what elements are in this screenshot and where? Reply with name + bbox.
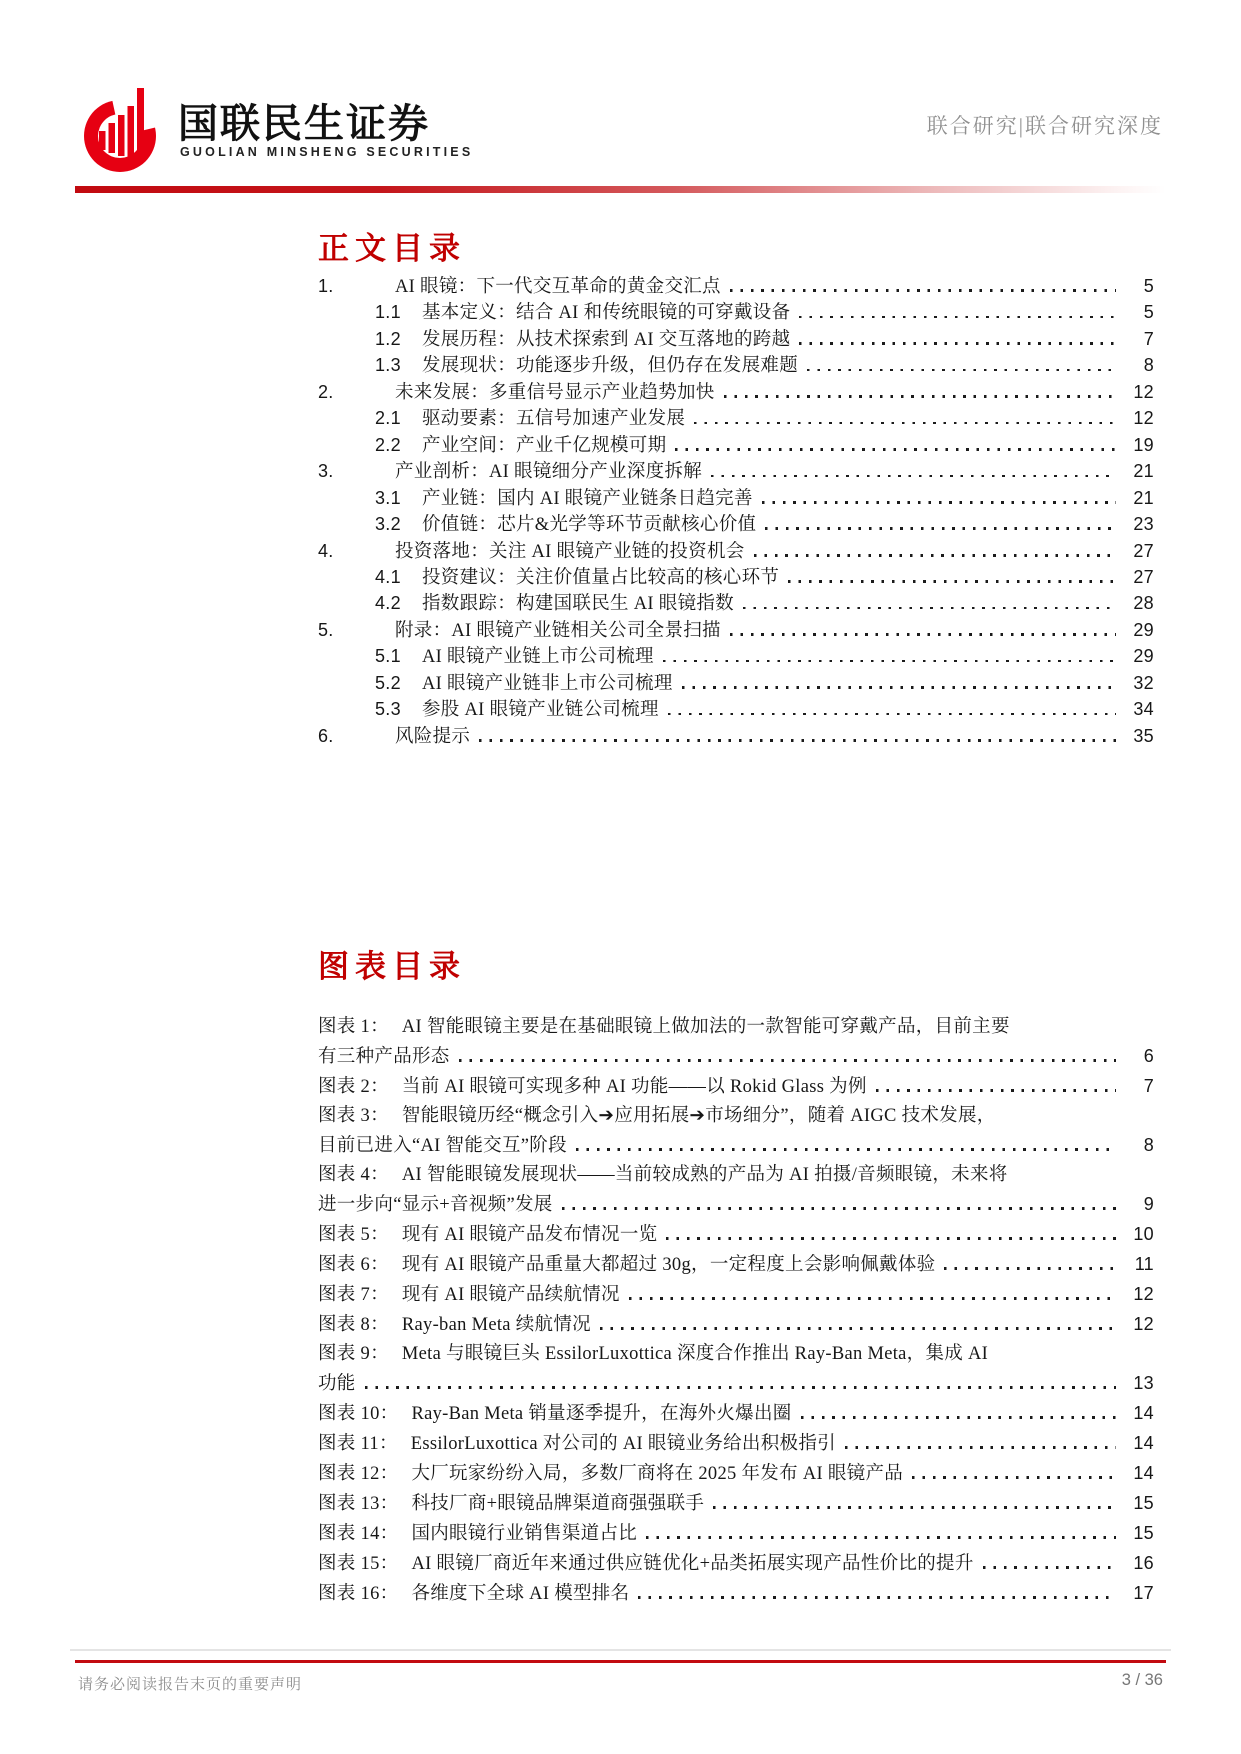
figure-entry-label: 图表 13： <box>318 1490 398 1519</box>
figure-entry-title: EssilorLuxottica 对公司的 AI 眼镜业务给出积极指引 <box>411 1430 836 1459</box>
toc-entry-page: 34 <box>1122 697 1154 722</box>
dot-leader-decoration <box>788 580 1116 583</box>
toc-entry[interactable]: 2.2产业空间：产业千亿规模可期19 <box>318 433 1154 459</box>
toc-entry-number: 5.1 <box>375 644 422 669</box>
toc-entry-number: 5. <box>318 618 395 643</box>
figure-entry-label: 图表 6： <box>318 1251 389 1280</box>
figure-entry-label: 图表 2： <box>318 1073 389 1102</box>
figure-entry-title: 科技厂商+眼镜品牌渠道商强强联手 <box>411 1490 704 1519</box>
toc-entry-page: 5 <box>1122 274 1154 299</box>
figure-entry-label: 图表 12： <box>318 1460 398 1489</box>
figure-entry-label: 图表 11： <box>318 1430 398 1459</box>
figure-entry-page: 6 <box>1122 1042 1154 1071</box>
figure-toc-entry[interactable]: 图表 3：智能眼镜历经“概念引入➔应用拓展➔市场细分”，随着 AIGC 技术发展… <box>318 1102 1154 1131</box>
dot-leader-decoration <box>646 1536 1116 1539</box>
toc-entry-title: 基本定义：结合 AI 和传统眼镜的可穿戴设备 <box>422 301 790 326</box>
figure-entry-title-continued: 目前已进入“AI 智能交互”阶段 <box>318 1132 567 1161</box>
toc-entry-number: 1.3 <box>375 353 422 378</box>
toc-entry[interactable]: 3.产业剖析：AI 眼镜细分产业深度拆解21 <box>318 459 1154 485</box>
figure-entry-page: 13 <box>1122 1369 1154 1398</box>
figure-entry-page: 15 <box>1122 1489 1154 1518</box>
figure-toc-entry[interactable]: 图表 7：现有 AI 眼镜产品续航情况12 <box>318 1280 1154 1310</box>
figure-entry-page: 14 <box>1122 1399 1154 1428</box>
figure-toc-entry-continuation[interactable]: 进一步向“显示+音视频”发展9 <box>318 1190 1154 1220</box>
figure-entry-label: 图表 15： <box>318 1550 398 1579</box>
dot-leader-decoration <box>730 633 1116 636</box>
dot-leader-decoration <box>694 422 1116 425</box>
figure-toc-entry[interactable]: 图表 9：Meta 与眼镜巨头 EssilorLuxottica 深度合作推出 … <box>318 1340 1154 1369</box>
dot-leader-decoration <box>675 448 1116 451</box>
figure-toc-title: 图表目录 <box>318 949 1154 1013</box>
toc-entry-title: 参股 AI 眼镜产业链公司梳理 <box>422 698 659 723</box>
figure-entry-label: 图表 14： <box>318 1520 398 1549</box>
toc-entry[interactable]: 6.风险提示35 <box>318 724 1154 750</box>
toc-entry-title: 指数跟踪：构建国联民生 AI 眼镜指数 <box>422 592 734 617</box>
figure-toc-entry[interactable]: 图表 12：大厂玩家纷纷入局，多数厂商将在 2025 年发布 AI 眼镜产品14 <box>318 1459 1154 1489</box>
figure-entry-page: 17 <box>1122 1579 1154 1608</box>
figure-entry-title-continued: 进一步向“显示+音视频”发展 <box>318 1191 553 1220</box>
dot-leader-decoration <box>459 1059 1116 1062</box>
toc-entry-title: AI 眼镜：下一代交互革命的黄金交汇点 <box>395 275 721 300</box>
dot-leader-decoration <box>807 369 1116 372</box>
toc-entry[interactable]: 3.1产业链：国内 AI 眼镜产业链条日趋完善21 <box>318 486 1154 512</box>
toc-entry-title: 发展历程：从技术探索到 AI 交互落地的跨越 <box>422 328 790 353</box>
footer-page-number: 3 / 36 <box>960 1671 1163 1690</box>
toc-entry[interactable]: 1.AI 眼镜：下一代交互革命的黄金交汇点5 <box>318 274 1154 300</box>
figure-toc-entry[interactable]: 图表 6：现有 AI 眼镜产品重量大都超过 30g，一定程度上会影响佩戴体验11 <box>318 1250 1154 1280</box>
dot-leader-decoration <box>365 1386 1116 1389</box>
toc-entry-number: 4. <box>318 539 395 564</box>
figure-toc-entry-continuation[interactable]: 有三种产品形态6 <box>318 1042 1154 1072</box>
dot-leader-decoration <box>799 342 1116 345</box>
dot-leader-decoration <box>562 1207 1116 1210</box>
toc-entry-page: 5 <box>1122 300 1154 325</box>
toc-entry[interactable]: 4.2指数跟踪：构建国联民生 AI 眼镜指数28 <box>318 591 1154 617</box>
figure-toc-entry[interactable]: 图表 15：AI 眼镜厂商近年来通过供应链优化+品类拓展实现产品性价比的提升16 <box>318 1549 1154 1579</box>
figure-entry-label: 图表 8： <box>318 1311 389 1340</box>
dot-leader-decoration <box>912 1476 1116 1479</box>
figure-entry-page: 12 <box>1122 1280 1154 1309</box>
dot-leader-decoration <box>663 660 1116 663</box>
toc-entry-title: 风险提示 <box>395 725 470 750</box>
toc-entry-number: 3.1 <box>375 486 422 511</box>
toc-entry-title: 产业链：国内 AI 眼镜产业链条日趋完善 <box>422 487 753 512</box>
figure-toc-entry-continuation[interactable]: 目前已进入“AI 智能交互”阶段8 <box>318 1131 1154 1161</box>
toc-entry-page: 21 <box>1122 486 1154 511</box>
figure-toc-entry[interactable]: 图表 10：Ray-Ban Meta 销量逐季提升，在海外火爆出圈14 <box>318 1399 1154 1429</box>
figure-entry-title: AI 眼镜厂商近年来通过供应链优化+品类拓展实现产品性价比的提升 <box>411 1550 973 1579</box>
figure-toc-entry[interactable]: 图表 8：Ray-ban Meta 续航情况12 <box>318 1310 1154 1340</box>
toc-entry-page: 29 <box>1122 644 1154 669</box>
toc-entry-page: 27 <box>1122 539 1154 564</box>
dot-leader-decoration <box>711 475 1116 478</box>
figure-entry-title: 智能眼镜历经“概念引入➔应用拓展➔市场细分”，随着 AIGC 技术发展， <box>402 1102 996 1131</box>
figure-entry-label: 图表 3： <box>318 1102 389 1131</box>
figure-toc-entry[interactable]: 图表 4：AI 智能眼镜发展现状——当前较成熟的产品为 AI 拍摄/音频眼镜，未… <box>318 1161 1154 1190</box>
toc-entry-title: 投资建议：关注价值量占比较高的核心环节 <box>422 566 779 591</box>
toc-entry[interactable]: 1.2发展历程：从技术探索到 AI 交互落地的跨越7 <box>318 327 1154 353</box>
figure-entry-label: 图表 7： <box>318 1281 389 1310</box>
figure-toc-entry[interactable]: 图表 16：各维度下全球 AI 模型排名17 <box>318 1579 1154 1609</box>
figure-entry-title: 现有 AI 眼镜产品续航情况 <box>402 1281 620 1310</box>
figure-entry-title: 现有 AI 眼镜产品重量大都超过 30g，一定程度上会影响佩戴体验 <box>402 1251 936 1280</box>
dot-leader-decoration <box>801 1416 1116 1419</box>
toc-entry-title: 未来发展：多重信号显示产业趋势加快 <box>395 381 715 406</box>
figure-entry-label: 图表 4： <box>318 1161 389 1190</box>
figure-toc-entry-continuation[interactable]: 功能13 <box>318 1369 1154 1399</box>
figure-entry-title: 当前 AI 眼镜可实现多种 AI 功能——以 Rokid Glass 为例 <box>402 1073 867 1102</box>
figure-toc-list: 图表 1：AI 智能眼镜主要是在基础眼镜上做加法的一款智能可穿戴产品，目前主要有… <box>318 1013 1154 1609</box>
figure-entry-label: 图表 1： <box>318 1013 389 1042</box>
toc-entry-page: 21 <box>1122 459 1154 484</box>
dot-leader-decoration <box>876 1089 1116 1092</box>
toc-entry-title: 附录：AI 眼镜产业链相关公司全景扫描 <box>395 619 721 644</box>
toc-entry-page: 12 <box>1122 380 1154 405</box>
figure-entry-label: 图表 5： <box>318 1221 389 1250</box>
footer-disclaimer: 请务必阅读报告末页的重要声明 <box>78 1673 302 1694</box>
toc-entry-number: 4.2 <box>375 591 422 616</box>
company-name: 国联民生证券 <box>178 92 430 149</box>
figure-toc-entry[interactable]: 图表 11：EssilorLuxottica 对公司的 AI 眼镜业务给出积极指… <box>318 1429 1154 1459</box>
figure-entry-page: 11 <box>1122 1250 1154 1279</box>
dot-leader-decoration <box>944 1267 1116 1270</box>
figure-entry-title: 大厂玩家纷纷入局，多数厂商将在 2025 年发布 AI 眼镜产品 <box>411 1460 903 1489</box>
toc-entry-title: 驱动要素：五信号加速产业发展 <box>422 407 685 432</box>
toc-entry-number: 3.2 <box>375 512 422 537</box>
toc-entry-page: 27 <box>1122 565 1154 590</box>
header-divider <box>75 186 1166 193</box>
main-toc-title: 正文目录 <box>318 231 1154 274</box>
figure-toc-section: 图表目录 图表 1：AI 智能眼镜主要是在基础眼镜上做加法的一款智能可穿戴产品，… <box>318 949 1154 1609</box>
dot-leader-decoration <box>629 1297 1116 1300</box>
figure-entry-page: 12 <box>1122 1310 1154 1339</box>
toc-entry-page: 23 <box>1122 512 1154 537</box>
toc-entry-number: 5.2 <box>375 671 422 696</box>
toc-entry[interactable]: 2.1驱动要素：五信号加速产业发展12 <box>318 406 1154 432</box>
dot-leader-decoration <box>668 713 1116 716</box>
figure-entry-title-continued: 功能 <box>318 1370 356 1399</box>
figure-toc-entry[interactable]: 图表 1：AI 智能眼镜主要是在基础眼镜上做加法的一款智能可穿戴产品，目前主要 <box>318 1013 1154 1042</box>
figure-entry-title: 各维度下全球 AI 模型排名 <box>411 1580 629 1609</box>
figure-entry-page: 14 <box>1122 1459 1154 1488</box>
toc-entry-number: 1.2 <box>375 327 422 352</box>
toc-entry-number: 4.1 <box>375 565 422 590</box>
toc-entry-page: 35 <box>1122 724 1154 749</box>
toc-entry-title: 投资落地：关注 AI 眼镜产业链的投资机会 <box>395 540 745 565</box>
figure-entry-title: AI 智能眼镜发展现状——当前较成熟的产品为 AI 拍摄/音频眼镜，未来将 <box>402 1161 1008 1190</box>
dot-leader-decoration <box>765 527 1116 530</box>
figure-entry-title-continued: 有三种产品形态 <box>318 1043 450 1072</box>
figure-entry-title: Ray-ban Meta 续航情况 <box>402 1311 591 1340</box>
dot-leader-decoration <box>799 316 1116 319</box>
toc-entry-title: 产业剖析：AI 眼镜细分产业深度拆解 <box>395 460 702 485</box>
figure-entry-title: Meta 与眼镜巨头 EssilorLuxottica 深度合作推出 Ray-B… <box>402 1340 988 1369</box>
dot-leader-decoration <box>983 1566 1116 1569</box>
toc-entry-page: 12 <box>1122 406 1154 431</box>
toc-entry[interactable]: 5.3参股 AI 眼镜产业链公司梳理34 <box>318 697 1154 723</box>
figure-entry-title: 国内眼镜行业销售渠道占比 <box>411 1520 637 1549</box>
dot-leader-decoration <box>743 607 1116 610</box>
toc-entry-title: 产业空间：产业千亿规模可期 <box>422 434 666 459</box>
figure-entry-label: 图表 10： <box>318 1400 398 1429</box>
report-page: 国联民生证券 GUOLIAN MINSHENG SECURITIES 联合研究|… <box>0 0 1241 1754</box>
toc-entry-title: AI 眼镜产业链上市公司梳理 <box>422 645 654 670</box>
toc-entry-number: 6. <box>318 724 395 749</box>
figure-entry-page: 15 <box>1122 1519 1154 1548</box>
toc-entry-page: 7 <box>1122 327 1154 352</box>
dot-leader-decoration <box>479 739 1116 742</box>
toc-entry-number: 2. <box>318 380 395 405</box>
figure-entry-title: Ray-Ban Meta 销量逐季提升，在海外火爆出圈 <box>411 1400 791 1429</box>
figure-entry-page: 16 <box>1122 1549 1154 1578</box>
report-type-label: 联合研究|联合研究深度 <box>700 110 1163 140</box>
toc-entry-number: 2.1 <box>375 406 422 431</box>
toc-entry[interactable]: 4.1投资建议：关注价值量占比较高的核心环节27 <box>318 565 1154 591</box>
toc-entry-number: 2.2 <box>375 433 422 458</box>
figure-toc-entry[interactable]: 图表 5：现有 AI 眼镜产品发布情况一览10 <box>318 1220 1154 1250</box>
toc-entry-number: 1.1 <box>375 300 422 325</box>
toc-entry[interactable]: 5.2AI 眼镜产业链非上市公司梳理32 <box>318 671 1154 697</box>
toc-entry-page: 32 <box>1122 671 1154 696</box>
figure-entry-page: 8 <box>1122 1131 1154 1160</box>
figure-entry-label: 图表 9： <box>318 1340 389 1369</box>
figure-toc-entry[interactable]: 图表 14：国内眼镜行业销售渠道占比15 <box>318 1519 1154 1549</box>
dot-leader-decoration <box>666 1237 1116 1240</box>
toc-entry[interactable]: 4.投资落地：关注 AI 眼镜产业链的投资机会27 <box>318 539 1154 565</box>
toc-entry[interactable]: 1.1基本定义：结合 AI 和传统眼镜的可穿戴设备5 <box>318 300 1154 326</box>
toc-entry[interactable]: 5.附录：AI 眼镜产业链相关公司全景扫描29 <box>318 618 1154 644</box>
figure-entry-title: 现有 AI 眼镜产品发布情况一览 <box>402 1221 658 1250</box>
dot-leader-decoration <box>600 1327 1116 1330</box>
toc-entry[interactable]: 1.3发展现状：功能逐步升级，但仍存在发展难题8 <box>318 353 1154 379</box>
toc-entry-number: 1. <box>318 274 395 299</box>
dot-leader-decoration <box>682 686 1116 689</box>
footer-divider <box>75 1660 1166 1663</box>
main-toc-list: 1.AI 眼镜：下一代交互革命的黄金交汇点51.1基本定义：结合 AI 和传统眼… <box>318 274 1154 750</box>
dot-leader-decoration <box>754 554 1116 557</box>
company-logo-icon <box>80 86 172 174</box>
toc-entry[interactable]: 5.1AI 眼镜产业链上市公司梳理29 <box>318 644 1154 670</box>
toc-entry-title: AI 眼镜产业链非上市公司梳理 <box>422 672 673 697</box>
figure-entry-label: 图表 16： <box>318 1580 398 1609</box>
dot-leader-decoration <box>845 1446 1116 1449</box>
toc-entry-number: 5.3 <box>375 697 422 722</box>
dot-leader-decoration <box>730 289 1116 292</box>
toc-entry-title: 价值链：芯片&光学等环节贡献核心价值 <box>422 513 756 538</box>
figure-entry-title: AI 智能眼镜主要是在基础眼镜上做加法的一款智能可穿戴产品，目前主要 <box>402 1013 1010 1042</box>
toc-entry[interactable]: 2.未来发展：多重信号显示产业趋势加快12 <box>318 380 1154 406</box>
figure-toc-entry[interactable]: 图表 13：科技厂商+眼镜品牌渠道商强强联手15 <box>318 1489 1154 1519</box>
toc-entry-number: 3. <box>318 459 395 484</box>
main-toc-section: 正文目录 1.AI 眼镜：下一代交互革命的黄金交汇点51.1基本定义：结合 AI… <box>318 231 1154 750</box>
figure-entry-page: 14 <box>1122 1429 1154 1458</box>
dot-leader-decoration <box>724 395 1116 398</box>
toc-entry[interactable]: 3.2价值链：芯片&光学等环节贡献核心价值23 <box>318 512 1154 538</box>
toc-entry-page: 19 <box>1122 433 1154 458</box>
toc-entry-page: 8 <box>1122 353 1154 378</box>
toc-entry-title: 发展现状：功能逐步升级，但仍存在发展难题 <box>422 354 798 379</box>
figure-toc-entry[interactable]: 图表 2：当前 AI 眼镜可实现多种 AI 功能——以 Rokid Glass … <box>318 1072 1154 1102</box>
dot-leader-decoration <box>713 1506 1116 1509</box>
dot-leader-decoration <box>576 1148 1116 1151</box>
figure-entry-page: 9 <box>1122 1190 1154 1219</box>
dot-leader-decoration <box>638 1596 1116 1599</box>
footer-hairline <box>70 1649 1171 1651</box>
figure-entry-page: 7 <box>1122 1072 1154 1101</box>
dot-leader-decoration <box>762 501 1116 504</box>
figure-entry-page: 10 <box>1122 1220 1154 1249</box>
toc-entry-page: 29 <box>1122 618 1154 643</box>
company-name-english: GUOLIAN MINSHENG SECURITIES <box>180 145 473 159</box>
toc-entry-page: 28 <box>1122 591 1154 616</box>
